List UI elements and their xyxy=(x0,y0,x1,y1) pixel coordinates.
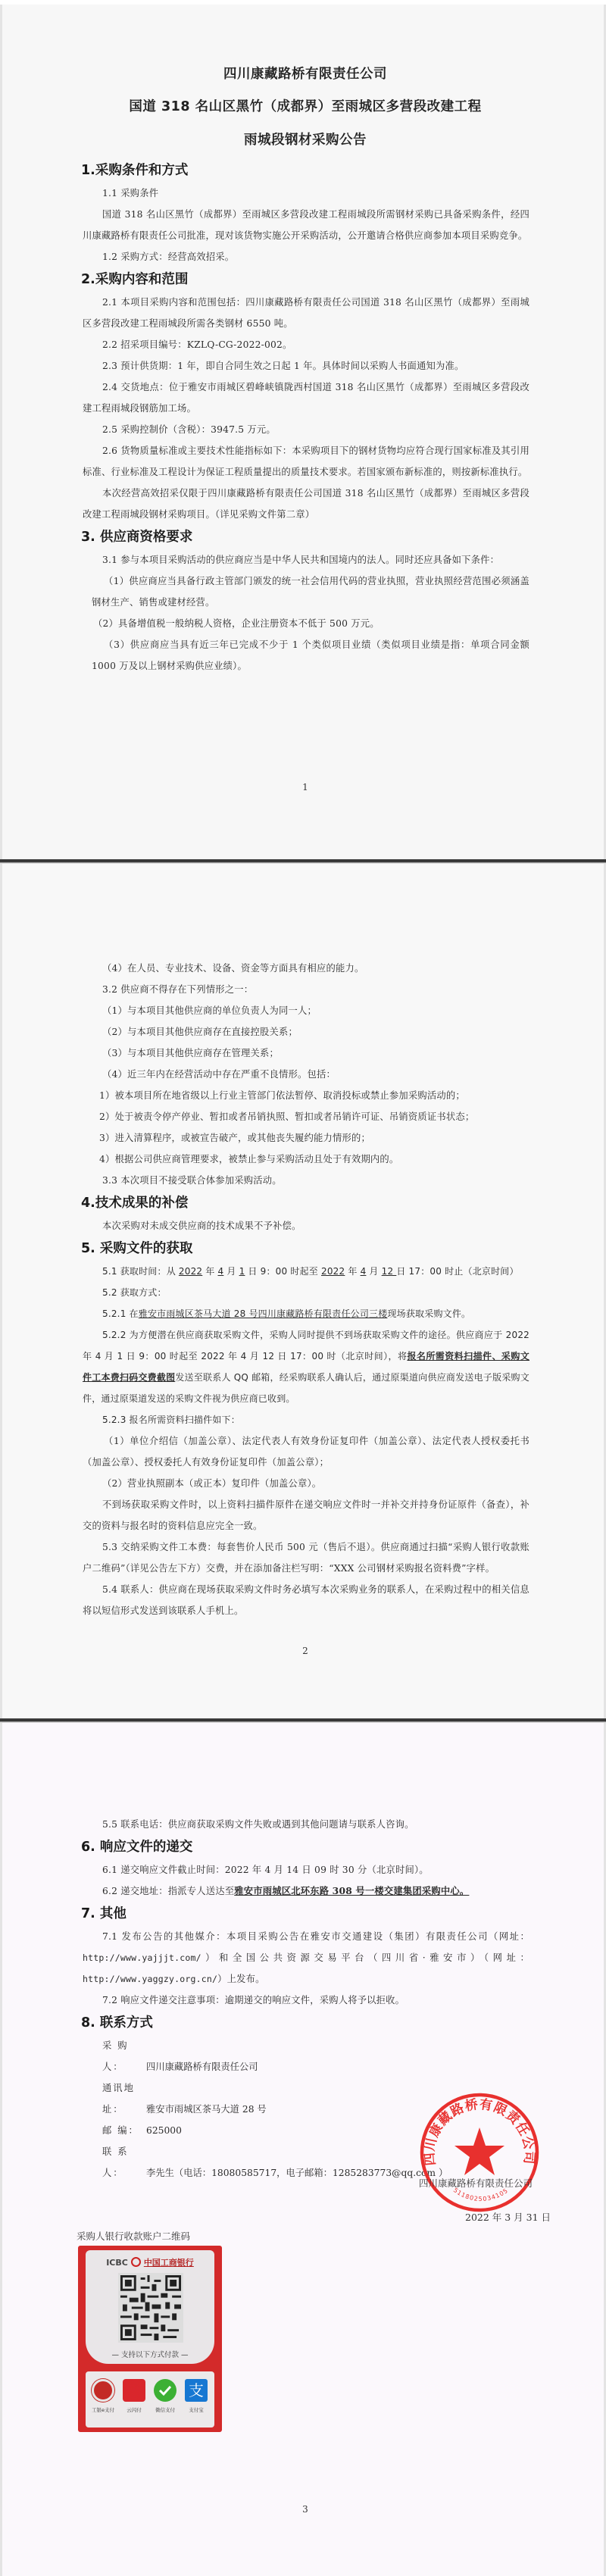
p2-1: 2.1 本项目采购内容和范围包括：四川康藏路桥有限责任公司国道 318 名山区黑… xyxy=(83,292,529,334)
exclusion-3: （3）与本项目其他供应商存在管理关系； xyxy=(83,1043,529,1064)
wechat-pay-icon xyxy=(154,2379,176,2402)
p2-3: 2.3 预计供货期：1 年，即自合同生效之日起 1 年。具体时间以采购人书面通知… xyxy=(83,355,529,377)
contact-purchaser: 采 购 人：四川康藏路桥有限责任公司 xyxy=(83,2035,529,2077)
p2-4: 2.4 交货地点：位于雅安市雨城区碧峰峡镇陇西村国道 318 名山区黑竹（成都界… xyxy=(83,377,529,419)
section-1-heading: 1.采购条件和方式 xyxy=(81,160,529,181)
company-seal-icon: 四川康藏路桥有限责任公司 5118025034105 xyxy=(418,2091,541,2214)
criterion-2: （2）具备增值税一般纳税人资格，企业注册资本不低于 500 万元。 xyxy=(83,613,529,634)
qr-code-icon[interactable] xyxy=(118,2273,183,2343)
p1-1-text: 国道 318 名山区黑竹（成都界）至雨城区多营段改建工程雨城段所需钢材采购已具备… xyxy=(83,204,529,246)
section-2-heading: 2.采购内容和范围 xyxy=(81,269,529,290)
project-title: 国道 318 名山区黑竹（成都界）至雨城区多营段改建工程 xyxy=(2,96,606,115)
company-title: 四川康藏路桥有限责任公司 xyxy=(2,64,606,83)
p5-1: 5.1 获取时间：从 2022 年 4 月 1 日 9：00 时起至 2022 … xyxy=(83,1261,529,1282)
criterion-1: （1）供应商应当具备行政主管部门颁发的统一社会信用代码的营业执照，营业执照经营范… xyxy=(83,571,529,613)
page-2: （4）在人员、专业技术、设备、资金等方面具有相应的能力。 3.2 供应商不得存在… xyxy=(0,864,606,1718)
material-note: 不到场获取采购文件时，以上资料扫描件原件在递交响应文件时一并补交并持身份证原件（… xyxy=(83,1494,529,1537)
pickup-address: 雅安市雨城区茶马大道 28 号四川康藏路桥有限责任公司三楼 xyxy=(139,1308,388,1319)
p5-2: 5.2 获取方式： xyxy=(83,1282,529,1303)
p1-2: 1.2 采购方式：经营高效招采。 xyxy=(83,246,529,267)
p5-4: 5.4 联系人：供应商在现场获取采购文件时务必填写本次采购业务的联系人，在采购过… xyxy=(83,1579,529,1621)
payment-methods: 支 工银e支付 云闪付 微信支付 支付宝 xyxy=(86,2371,214,2428)
page-1: 四川康藏路桥有限责任公司 国道 318 名山区黑竹（成都界）至雨城区多营段改建工… xyxy=(0,5,606,859)
icbc-brand: ICBC中国工商银行 xyxy=(86,2256,214,2268)
method-label: 微信支付 xyxy=(149,2406,181,2413)
section-5-heading: 5. 采购文件的获取 xyxy=(81,1238,529,1259)
submission-address: 雅安市雨城区北环东路 308 号一楼交建集团采购中心。 xyxy=(234,1885,469,1896)
bad-case-2: 2）处于被责令停产停业、暂扣或者吊销执照、暂扣或者吊销许可证、吊销资质证书状态； xyxy=(83,1106,529,1127)
p2-2: 2.2 招采项目编号：KZLQ-CG-2022-002。 xyxy=(83,334,529,355)
bad-case-4: 4）根据公司供应商管理要求，被禁止参与采购活动且处于有效期内的。 xyxy=(83,1149,529,1170)
unionpay-quickpass-icon xyxy=(123,2379,145,2402)
method-label: 支付宝 xyxy=(180,2406,212,2413)
signer-company: 四川康藏路桥有限责任公司 xyxy=(419,2176,533,2190)
p5-3: 5.3 交纳采购文件工本费：每套售价人民币 500 元（售后不退）。供应商通过扫… xyxy=(83,1537,529,1579)
p1-1-label: 1.1 采购条件 xyxy=(83,183,529,204)
page-2-content: （4）在人员、专业技术、设备、资金等方面具有相应的能力。 3.2 供应商不得存在… xyxy=(83,958,529,1621)
section-7-heading: 7. 其他 xyxy=(81,1903,529,1924)
method-label: 云闪付 xyxy=(118,2406,150,2413)
icbc-epay-icon xyxy=(92,2379,114,2402)
alipay-icon: 支 xyxy=(185,2379,208,2402)
p3-3: 3.3 本次项目不接受联合体参加采购活动。 xyxy=(83,1170,529,1191)
p7-2: 7.2 响应文件递交注意事项：逾期递交的响应文件，采购人将予以拒收。 xyxy=(83,1990,529,2011)
exclusion-1: （1）与本项目其他供应商的单位负责人为同一人； xyxy=(83,1000,529,1021)
s4-text: 本次采购对未成交供应商的技术成果不予补偿。 xyxy=(83,1215,529,1236)
p5-5: 5.5 联系电话：供应商获取采购文件失败或遇到其他问题请与联系人咨询。 xyxy=(83,1814,529,1835)
p5-2-3: 5.2.3 报名所需资料扫描件如下： xyxy=(83,1409,529,1430)
p6-1: 6.1 递交响应文件截止时间：2022 年 4 月 14 日 09 时 30 分… xyxy=(83,1859,529,1880)
section-4-heading: 4.技术成果的补偿 xyxy=(81,1193,529,1214)
criterion-4: （4）在人员、专业技术、设备、资金等方面具有相应的能力。 xyxy=(83,958,529,979)
p2-6: 2.6 货物质量标准或主要技术性能指标如下：本采购项目下的钢材货物均应符合现行国… xyxy=(83,440,529,483)
section-6-heading: 6. 响应文件的递交 xyxy=(81,1837,529,1858)
p5-2-1: 5.2.1 在雅安市雨城区茶马大道 28 号四川康藏路桥有限责任公司三楼现场获取… xyxy=(83,1303,529,1324)
page-number-2: 2 xyxy=(2,1646,606,1656)
p7-1: 7.1 发布公告的其他媒介：本项目采购公告在雅安市交通建设（集团）有限责任公司（… xyxy=(83,1926,529,1990)
exclusion-2: （2）与本项目其他供应商存在直接控股关系； xyxy=(83,1021,529,1043)
page-1-content: 1.采购条件和方式 1.1 采购条件 国道 318 名山区黑竹（成都界）至雨城区… xyxy=(83,158,529,677)
announcement-title: 雨城段钢材采购公告 xyxy=(2,130,606,148)
method-label: 工银e支付 xyxy=(87,2406,119,2413)
criterion-3: （3）供应商应当具有近三年已完成不少于 1 个类似项目业绩（类似项目业绩是指：单… xyxy=(83,634,529,677)
page-number-1: 1 xyxy=(2,782,606,792)
page-number-3: 3 xyxy=(2,2504,606,2515)
p6-2: 6.2 递交地址：指派专人送达至雅安市雨城区北环东路 308 号一楼交建集团采购… xyxy=(83,1880,529,1902)
p2-5: 2.5 采购控制价（含税）：3947.5 万元。 xyxy=(83,419,529,440)
p3-1: 3.1 参与本项目采购活动的供应商应当是中华人民共和国境内的法人。同时还应具备如… xyxy=(83,549,529,571)
material-2: （2）营业执照副本（或正本）复印件（加盖公章）。 xyxy=(83,1473,529,1494)
p5-2-2: 5.2.2 为方便潜在供应商获取采购文件，采购人同时提供不到场获取采购文件的途径… xyxy=(83,1324,529,1409)
bad-case-1: 1）被本项目所在地省级以上行业主管部门依法暂停、取消投标或禁止参加采购活动的； xyxy=(83,1085,529,1106)
link-yajjjt[interactable]: http://www.yajjjt.com/ xyxy=(83,1952,201,1963)
payment-support-text: — 支持以下方式付款 — xyxy=(86,2349,214,2359)
signature-date: 2022 年 3 月 31 日 xyxy=(465,2210,551,2224)
bank-qr-card: ICBC中国工商银行 xyxy=(78,2246,222,2432)
qr-label: 采购人银行收款账户二维码 xyxy=(77,2229,190,2243)
section-8-heading: 8. 联系方式 xyxy=(81,2012,529,2034)
icbc-logo-icon xyxy=(131,2257,141,2267)
link-yaggzy[interactable]: http://www.yaggzy.org.cn/ xyxy=(83,1974,217,1984)
exclusion-4: （4）近三年内在经营活动中存在严重不良情形。包括： xyxy=(83,1064,529,1085)
material-1: （1）单位介绍信（加盖公章）、法定代表人有效身份证复印件（加盖公章）、法定代表人… xyxy=(83,1430,529,1473)
p2-7: 本次经营高效招采仅限于四川康藏路桥有限责任公司国道 318 名山区黑竹（成都界）… xyxy=(83,483,529,525)
section-3-heading: 3. 供应商资格要求 xyxy=(81,527,529,548)
p3-2: 3.2 供应商不得存在下列情形之一： xyxy=(83,979,529,1000)
bad-case-3: 3）进入清算程序，或被宣告破产，或其他丧失履约能力情形的； xyxy=(83,1127,529,1149)
